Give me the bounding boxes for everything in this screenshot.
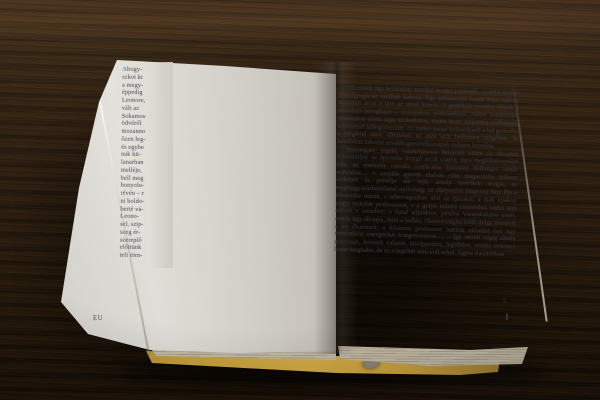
lighting-vignette bbox=[0, 0, 600, 400]
photo-scene: Ahogy- szkot ki a megy- éppedig Leonore,… bbox=[0, 0, 600, 400]
